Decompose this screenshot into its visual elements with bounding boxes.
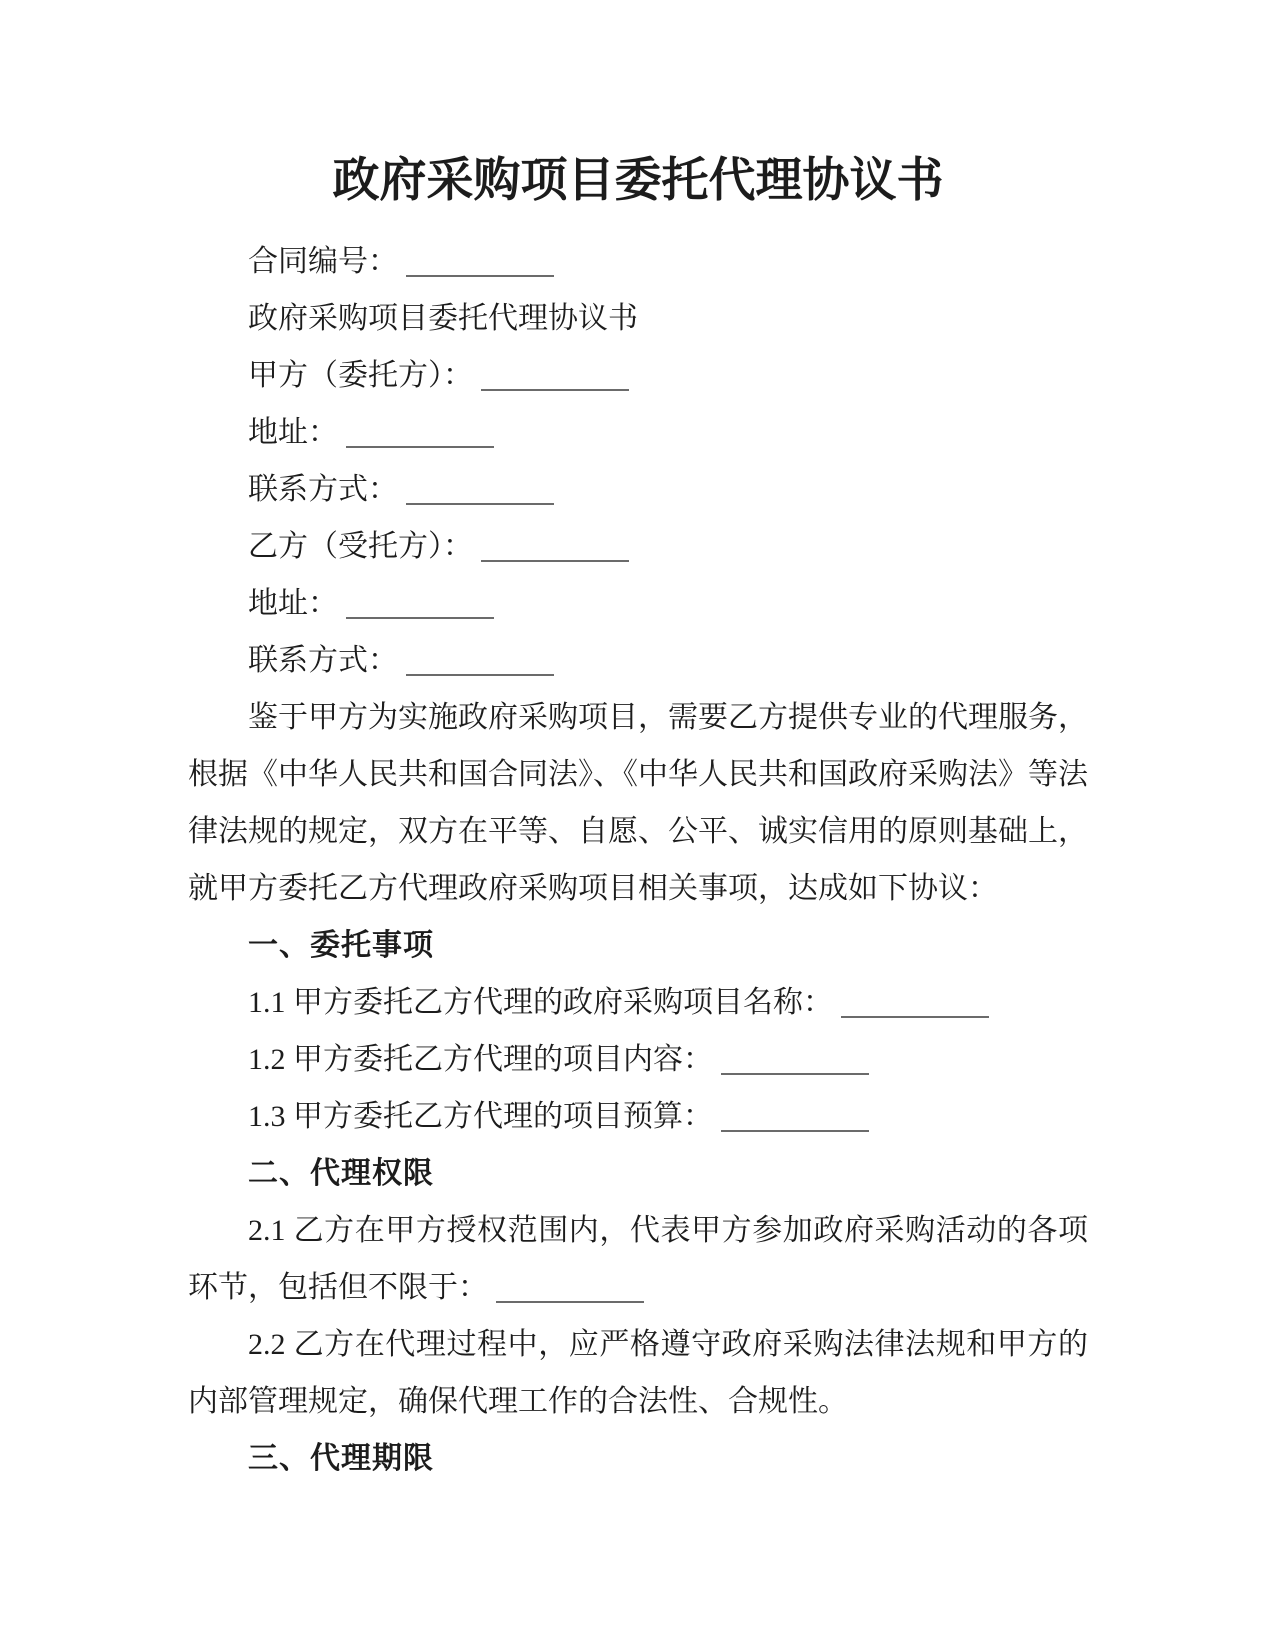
clause-1-2-text: 1.2 甲方委托乙方代理的项目内容： [248, 1043, 713, 1076]
section-1-heading: 一、委托事项 [188, 917, 1088, 974]
subtitle-text: 政府采购项目委托代理协议书 [248, 302, 638, 335]
section-3-heading-text: 三、代理期限 [248, 1442, 434, 1475]
clause-1-1-blank [841, 986, 989, 1018]
preamble-text: 鉴于甲方为实施政府采购项目，需要乙方提供专业的代理服务，根据《中华人民共和国合同… [188, 701, 1088, 905]
party-b-blank [481, 530, 629, 562]
contract-number-blank [406, 245, 554, 277]
clause-1-1: 1.1 甲方委托乙方代理的政府采购项目名称： [188, 974, 1088, 1031]
party-b-address-line: 地址： [188, 575, 1088, 632]
clause-1-2: 1.2 甲方委托乙方代理的项目内容： [188, 1031, 1088, 1088]
document-page: 政府采购项目委托代理协议书 合同编号： 政府采购项目委托代理协议书 甲方（委托方… [0, 0, 1275, 1650]
contract-number-line: 合同编号： [188, 233, 1088, 290]
party-b-contact-line: 联系方式： [188, 632, 1088, 689]
party-a-line: 甲方（委托方）： [188, 347, 1088, 404]
party-b-label: 乙方（受托方）： [248, 530, 473, 563]
party-a-address-blank [346, 416, 494, 448]
preamble-paragraph: 鉴于甲方为实施政府采购项目，需要乙方提供专业的代理服务，根据《中华人民共和国合同… [188, 689, 1088, 917]
document-body: 合同编号： 政府采购项目委托代理协议书 甲方（委托方）： 地址： 联系方式： 乙… [188, 233, 1088, 1487]
section-1-heading-text: 一、委托事项 [248, 929, 434, 962]
clause-1-2-blank [721, 1043, 869, 1075]
clause-2-2: 2.2 乙方在代理过程中，应严格遵守政府采购法律法规和甲方的内部管理规定，确保代… [188, 1316, 1088, 1430]
party-b-contact-blank [406, 644, 554, 676]
party-b-line: 乙方（受托方）： [188, 518, 1088, 575]
party-a-contact-label: 联系方式： [248, 473, 398, 506]
party-a-contact-line: 联系方式： [188, 461, 1088, 518]
clause-1-3-text: 1.3 甲方委托乙方代理的项目预算： [248, 1100, 713, 1133]
subtitle-line: 政府采购项目委托代理协议书 [188, 290, 1088, 347]
party-a-label: 甲方（委托方）： [248, 359, 473, 392]
section-3-heading: 三、代理期限 [188, 1430, 1088, 1487]
party-a-address-label: 地址： [248, 416, 338, 449]
party-b-address-blank [346, 587, 494, 619]
clause-1-3-blank [721, 1100, 869, 1132]
party-b-address-label: 地址： [248, 587, 338, 620]
clause-2-1-blank [496, 1271, 644, 1303]
clause-2-2-text: 2.2 乙方在代理过程中，应严格遵守政府采购法律法规和甲方的内部管理规定，确保代… [188, 1328, 1088, 1418]
document-title: 政府采购项目委托代理协议书 [188, 155, 1088, 207]
party-b-contact-label: 联系方式： [248, 644, 398, 677]
clause-1-1-text: 1.1 甲方委托乙方代理的政府采购项目名称： [248, 986, 833, 1019]
party-a-contact-blank [406, 473, 554, 505]
section-2-heading-text: 二、代理权限 [248, 1157, 434, 1190]
party-a-address-line: 地址： [188, 404, 1088, 461]
clause-2-1: 2.1 乙方在甲方授权范围内，代表甲方参加政府采购活动的各项环节，包括但不限于： [188, 1202, 1088, 1316]
contract-number-label: 合同编号： [248, 245, 398, 278]
party-a-blank [481, 359, 629, 391]
clause-1-3: 1.3 甲方委托乙方代理的项目预算： [188, 1088, 1088, 1145]
section-2-heading: 二、代理权限 [188, 1145, 1088, 1202]
